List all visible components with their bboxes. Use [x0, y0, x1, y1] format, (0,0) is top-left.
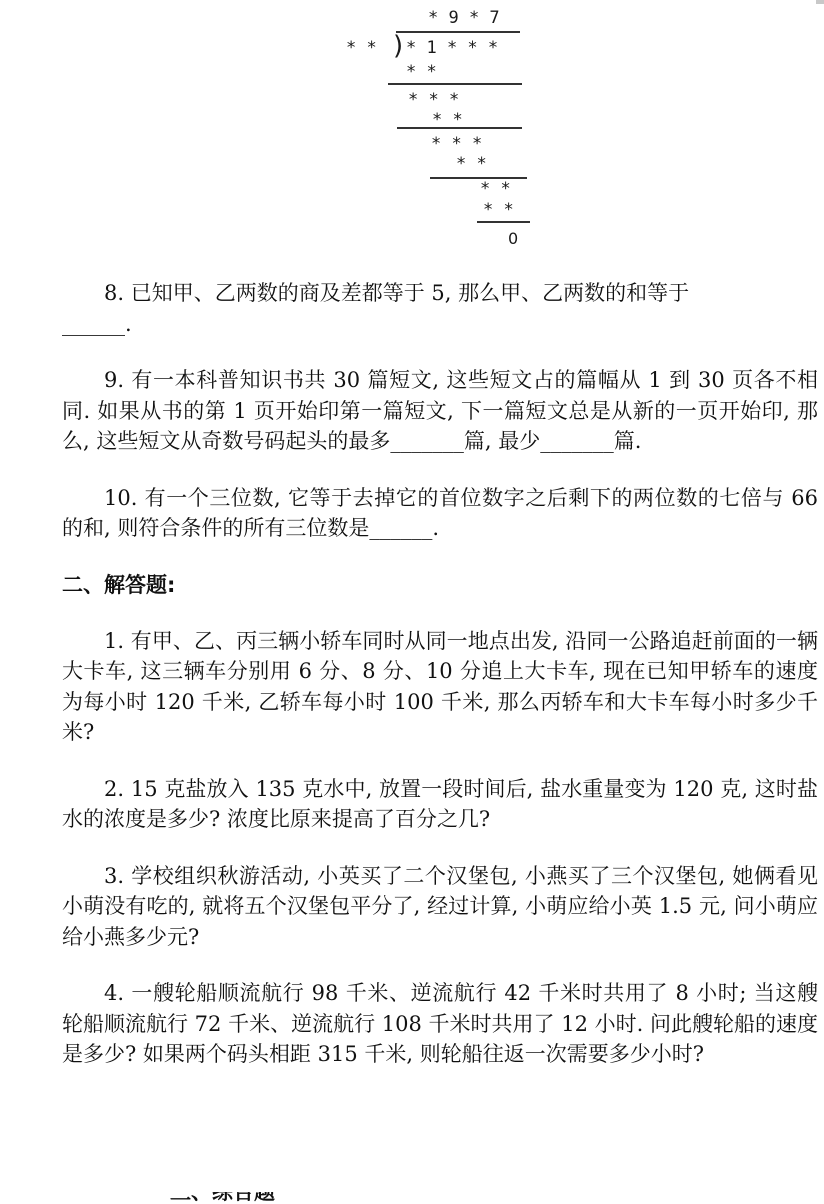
question-number: 3.	[104, 864, 124, 888]
question-number: 4.	[104, 981, 124, 1005]
question-number: 10.	[104, 486, 137, 510]
answer-question-2: 2. 15 克盐放入 135 克水中, 放置一段时间后, 盐水重量变为 120 …	[62, 774, 818, 835]
question-number: 1.	[104, 629, 124, 653]
question-text: 有一个三位数, 它等于去掉它的首位数字之后剩下的两位数的七倍与 66 的和, 则…	[62, 486, 818, 541]
remainder: 0	[508, 229, 518, 249]
divisor: * *	[346, 38, 377, 58]
section-heading: 二、解答题:	[62, 570, 818, 600]
step-line	[430, 177, 527, 179]
long-division-figure: * 9 * 7 * * ) * 1 * * * * * * * * * * * …	[0, 0, 824, 260]
answer-blank: ______.	[20, 309, 132, 340]
question-10: 10. 有一个三位数, 它等于去掉它的首位数字之后剩下的两位数的七倍与 66 的…	[62, 483, 818, 544]
step-row: * * *	[431, 134, 482, 154]
question-text: 有甲、乙、丙三辆小轿车同时从同一地点出发, 沿同一公路追赶前面的一辆大卡车, 这…	[62, 629, 818, 745]
cutoff-next-heading: 三、综合题	[170, 1192, 290, 1204]
step-row: * *	[483, 200, 514, 220]
step-row: * *	[480, 179, 511, 199]
step-row: * *	[406, 62, 437, 82]
document-body: 8. 已知甲、乙两数的商及差都等于 5, 那么甲、乙两数的和等于 ______.…	[62, 278, 818, 1070]
question-text: 有一本科普知识书共 30 篇短文, 这些短文占的篇幅从 1 到 30 页各不相同…	[62, 368, 818, 453]
answer-question-3: 3. 学校组织秋游活动, 小英买了二个汉堡包, 小燕买了三个汉堡包, 她俩看见小…	[62, 861, 818, 953]
division-bracket: )	[393, 31, 403, 61]
question-number: 2.	[104, 777, 124, 801]
step-line	[388, 83, 522, 85]
quotient: * 9 * 7	[428, 8, 500, 28]
step-line	[397, 127, 522, 129]
question-8: 8. 已知甲、乙两数的商及差都等于 5, 那么甲、乙两数的和等于 ______.	[62, 278, 818, 339]
question-text: 已知甲、乙两数的商及差都等于 5, 那么甲、乙两数的和等于	[131, 281, 689, 305]
question-text: 一艘轮船顺流航行 98 千米、逆流航行 42 千米时共用了 8 小时; 当这艘轮…	[62, 981, 818, 1066]
step-row: * * *	[408, 90, 459, 110]
question-9: 9. 有一本科普知识书共 30 篇短文, 这些短文占的篇幅从 1 到 30 页各…	[62, 365, 818, 457]
answer-question-4: 4. 一艘轮船顺流航行 98 千米、逆流航行 42 千米时共用了 8 小时; 当…	[62, 978, 818, 1070]
question-text: 15 克盐放入 135 克水中, 放置一段时间后, 盐水重量变为 120 克, …	[62, 777, 818, 832]
step-row: * *	[456, 154, 487, 174]
question-number: 9.	[104, 368, 124, 392]
question-text: 学校组织秋游活动, 小英买了二个汉堡包, 小燕买了三个汉堡包, 她俩看见小萌没有…	[62, 864, 818, 949]
answer-question-1: 1. 有甲、乙、丙三辆小轿车同时从同一地点出发, 沿同一公路追赶前面的一辆大卡车…	[62, 626, 818, 748]
step-line	[477, 221, 530, 223]
division-overline	[396, 31, 520, 33]
question-number: 8.	[104, 281, 124, 305]
dividend: * 1 * * *	[406, 38, 498, 58]
